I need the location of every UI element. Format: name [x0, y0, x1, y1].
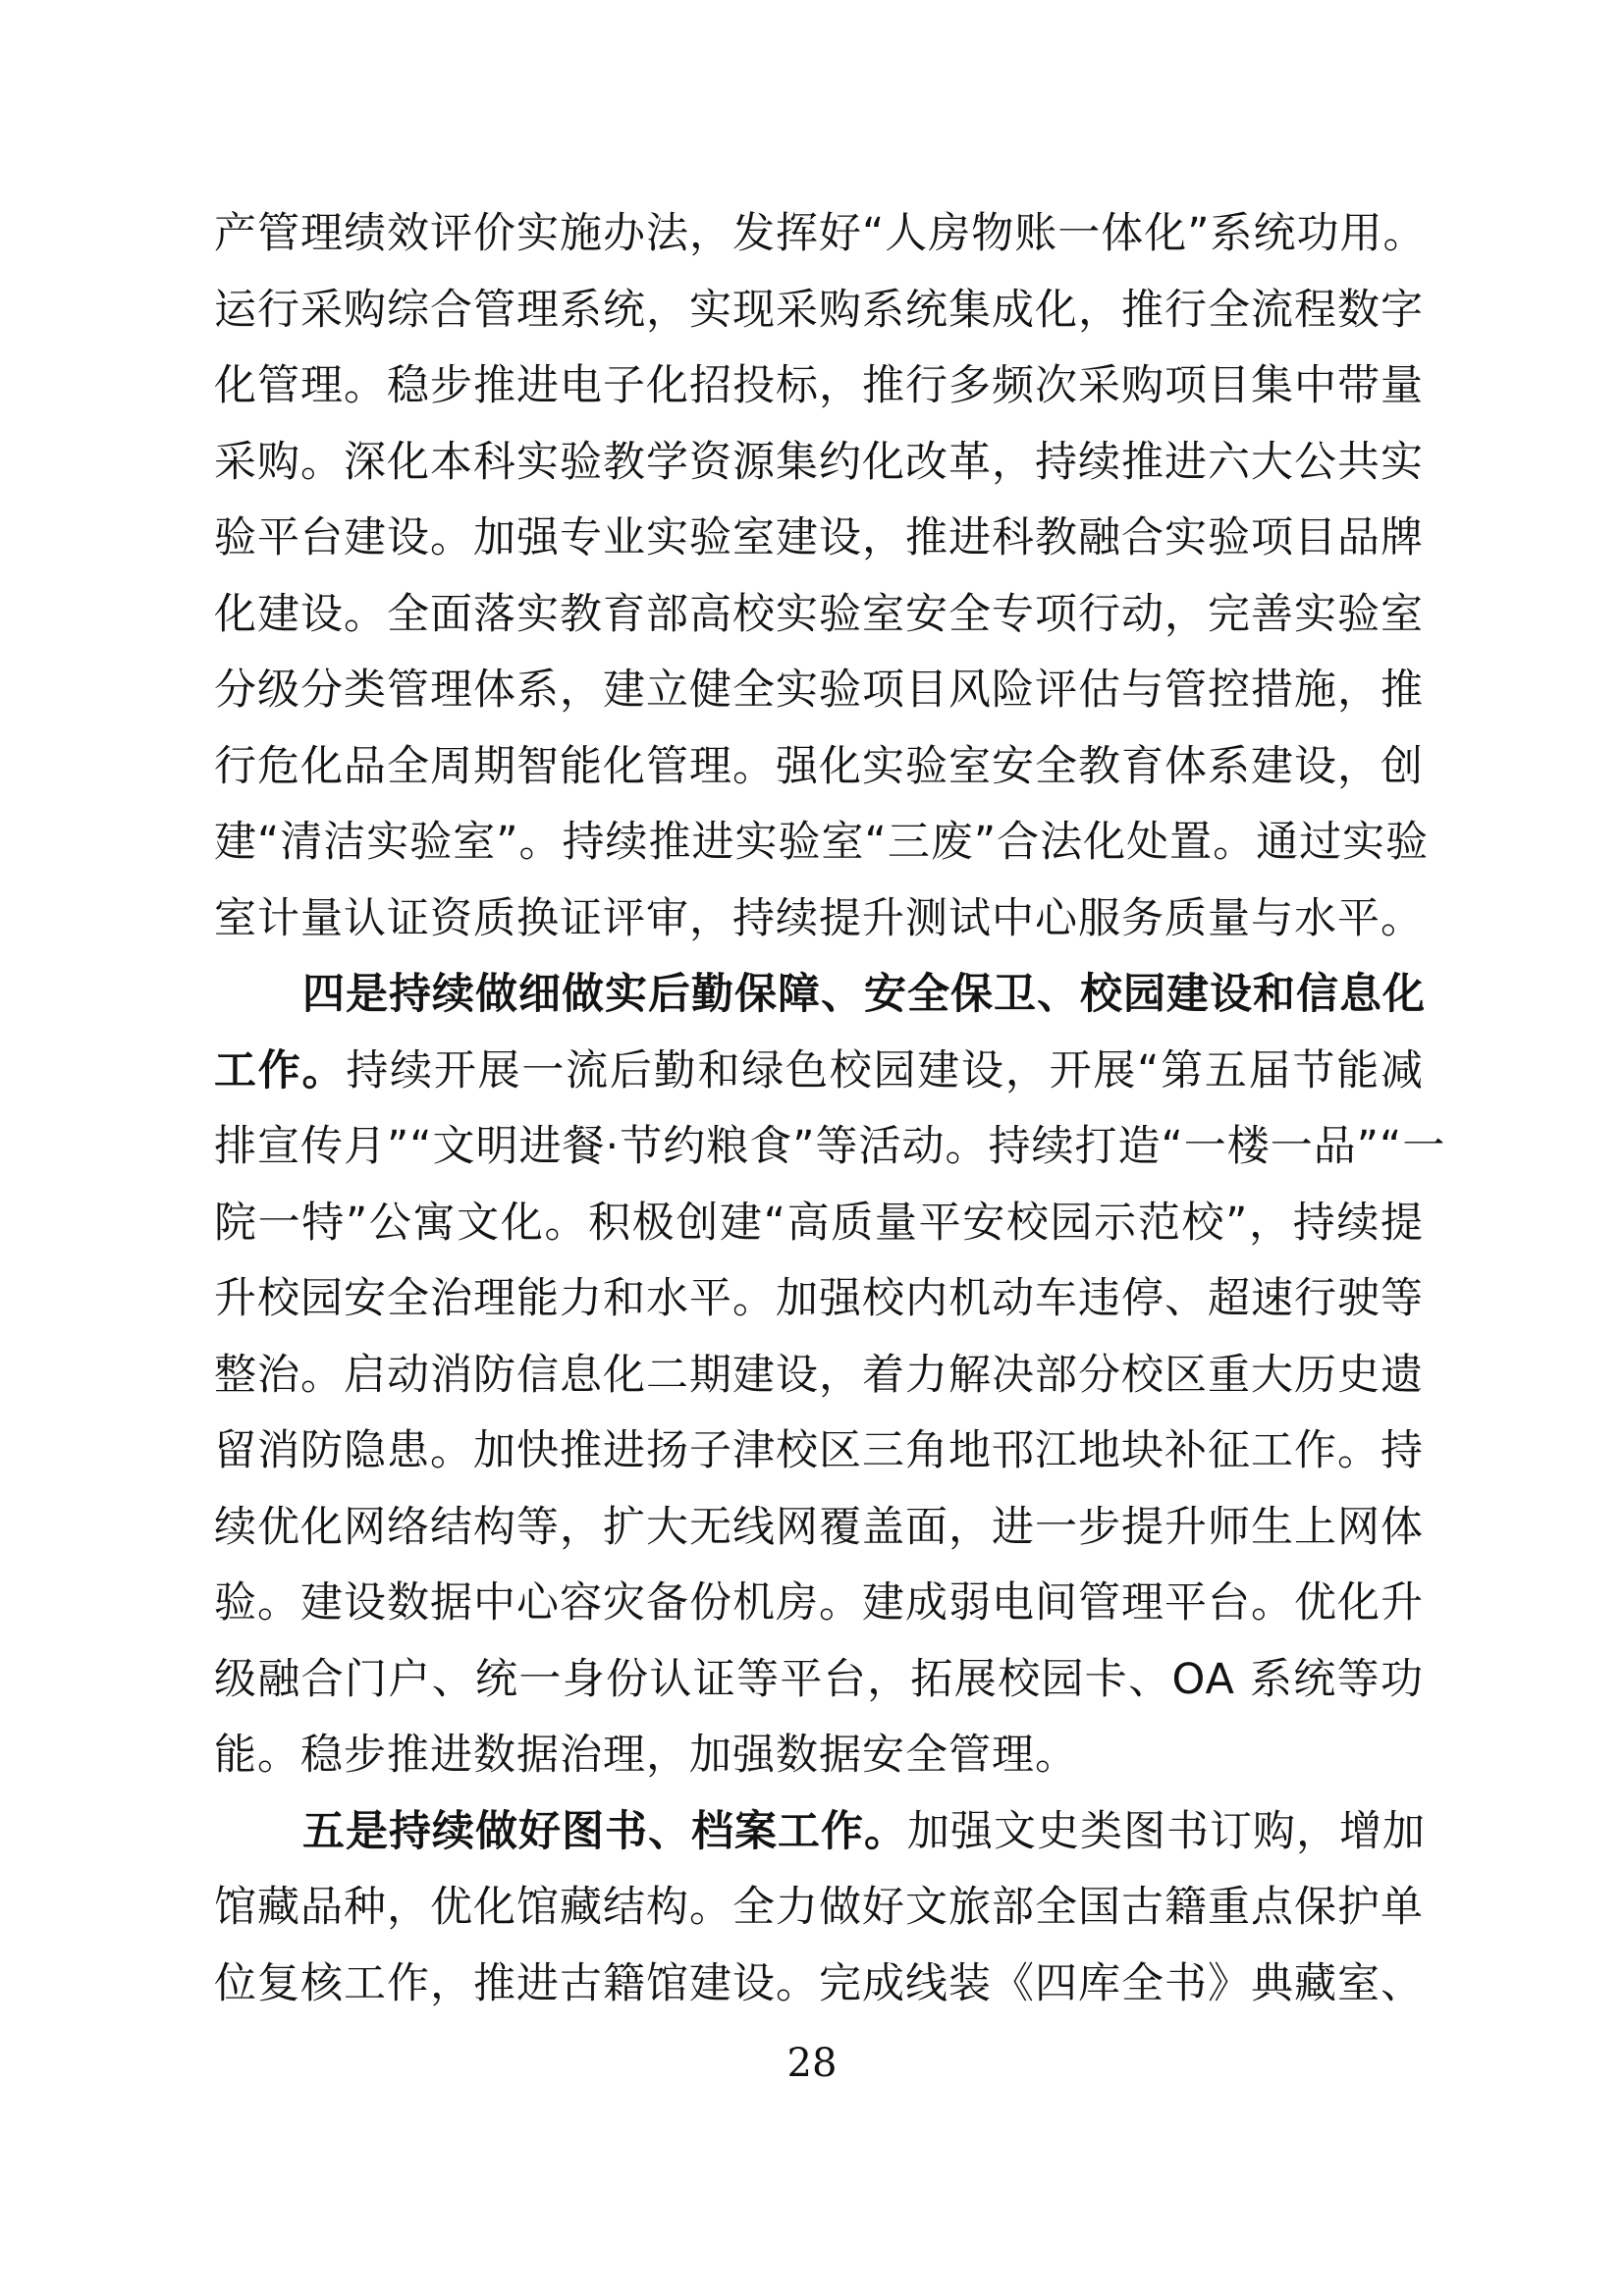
text-line: 院一特”公寓文化。积极创建“高质量平安校园示范校”，持续提: [214, 1186, 1424, 1262]
text-segment: 化管理。稳步推进电子化招投标，推行多频次采购项目集中带量: [214, 361, 1424, 410]
text-line: 行危化品全周期智能化管理。强化实验室安全教育体系建设，创: [214, 729, 1424, 806]
text-segment: 升校园安全治理能力和水平。加强校内机动车违停、超速行驶等: [214, 1274, 1424, 1323]
text-segment: 验。建设数据中心容灾备份机房。建成弱电间管理平台。优化升: [214, 1578, 1424, 1628]
text-line: 排宣传月”“文明进餐·节约粮食”等活动。持续打造“一楼一品”“一: [214, 1109, 1424, 1186]
text-segment: 工作。: [214, 1046, 346, 1095]
text-segment: 位复核工作，推进古籍馆建设。完成线装《四库全书》典藏室、: [214, 1959, 1424, 2008]
text-line: 验平台建设。加强专业实验室建设，推进科教融合实验项目品牌: [214, 501, 1424, 577]
text-line: 产管理绩效评价实施办法，发挥好“人房物账一体化”系统功用。: [214, 196, 1424, 273]
document-body: 产管理绩效评价实施办法，发挥好“人房物账一体化”系统功用。运行采购综合管理系统，…: [214, 196, 1424, 2022]
text-line: 级融合门户、统一身份认证等平台，拓展校园卡、OA 系统等功: [214, 1642, 1424, 1719]
text-segment: 化建设。全面落实教育部高校实验室安全专项行动，完善实验室: [214, 590, 1424, 639]
text-segment: 续优化网络结构等，扩大无线网覆盖面，进一步提升师生上网体: [214, 1503, 1424, 1552]
text-line: 运行采购综合管理系统，实现采购系统集成化，推行全流程数字: [214, 273, 1424, 349]
text-line: 五是持续做好图书、档案工作。加强文史类图书订购，增加: [214, 1794, 1424, 1871]
text-segment: 四是持续做细做实后勤保障、安全保卫、校园建设和信息化: [302, 970, 1426, 1019]
text-segment: 产管理绩效评价实施办法，发挥好“人房物账一体化”系统功用。: [214, 209, 1427, 258]
text-segment: 整治。启动消防信息化二期建设，着力解决部分校区重大历史遗: [214, 1351, 1424, 1400]
document-page: 产管理绩效评价实施办法，发挥好“人房物账一体化”系统功用。运行采购综合管理系统，…: [0, 0, 1624, 2296]
text-line: 采购。深化本科实验教学资源集约化改革，持续推进六大公共实: [214, 425, 1424, 502]
text-segment: 院一特”公寓文化。积极创建“高质量平安校园示范校”，持续提: [214, 1199, 1424, 1248]
text-segment: 采购。深化本科实验教学资源集约化改革，持续推进六大公共实: [214, 438, 1424, 487]
text-line: 能。稳步推进数据治理，加强数据安全管理。: [214, 1718, 1424, 1794]
text-segment: 五是持续做好图书、档案工作。: [302, 1807, 907, 1856]
text-segment: 验平台建设。加强专业实验室建设，推进科教融合实验项目品牌: [214, 513, 1424, 562]
text-segment: 行危化品全周期智能化管理。强化实验室安全教育体系建设，创: [214, 742, 1424, 791]
text-line: 分级分类管理体系，建立健全实验项目风险评估与管控措施，推: [214, 653, 1424, 729]
text-line: 验。建设数据中心容灾备份机房。建成弱电间管理平台。优化升: [214, 1566, 1424, 1642]
text-segment: 能。稳步推进数据治理，加强数据安全管理。: [214, 1731, 1078, 1780]
text-line: 室计量认证资质换证评审，持续提升测试中心服务质量与水平。: [214, 881, 1424, 958]
text-line: 整治。启动消防信息化二期建设，着力解决部分校区重大历史遗: [214, 1338, 1424, 1415]
page-number: 28: [0, 2040, 1624, 2087]
text-segment: 建“清洁实验室”。持续推进实验室“三废”合法化处置。通过实验: [214, 818, 1429, 867]
text-line: 建“清洁实验室”。持续推进实验室“三废”合法化处置。通过实验: [214, 805, 1424, 881]
text-line: 续优化网络结构等，扩大无线网覆盖面，进一步提升师生上网体: [214, 1490, 1424, 1567]
text-segment: 持续开展一流后勤和绿色校园建设，开展“第五届节能减: [346, 1046, 1424, 1095]
text-line: 位复核工作，推进古籍馆建设。完成线装《四库全书》典藏室、: [214, 1947, 1424, 2023]
text-segment: 室计量认证资质换证评审，持续提升测试中心服务质量与水平。: [214, 894, 1424, 943]
text-line: 留消防隐患。加快推进扬子津校区三角地邗江地块补征工作。持: [214, 1414, 1424, 1490]
text-line: 化建设。全面落实教育部高校实验室安全专项行动，完善实验室: [214, 577, 1424, 654]
text-segment: 级融合门户、统一身份认证等平台，拓展校园卡、OA 系统等功: [214, 1655, 1424, 1704]
text-segment: 留消防隐患。加快推进扬子津校区三角地邗江地块补征工作。持: [214, 1426, 1424, 1475]
text-line: 馆藏品种，优化馆藏结构。全力做好文旅部全国古籍重点保护单: [214, 1870, 1424, 1947]
text-segment: 加强文史类图书订购，增加: [907, 1807, 1426, 1856]
text-segment: 分级分类管理体系，建立健全实验项目风险评估与管控措施，推: [214, 666, 1424, 715]
text-line: 升校园安全治理能力和水平。加强校内机动车违停、超速行驶等: [214, 1261, 1424, 1338]
text-segment: 运行采购综合管理系统，实现采购系统集成化，推行全流程数字: [214, 286, 1424, 335]
text-line: 工作。持续开展一流后勤和绿色校园建设，开展“第五届节能减: [214, 1034, 1424, 1110]
text-segment: 排宣传月”“文明进餐·节约粮食”等活动。持续打造“一楼一品”“一: [214, 1122, 1445, 1171]
text-line: 化管理。稳步推进电子化招投标，推行多频次采购项目集中带量: [214, 348, 1424, 425]
text-line: 四是持续做细做实后勤保障、安全保卫、校园建设和信息化: [214, 957, 1424, 1034]
text-segment: 馆藏品种，优化馆藏结构。全力做好文旅部全国古籍重点保护单: [214, 1883, 1424, 1932]
